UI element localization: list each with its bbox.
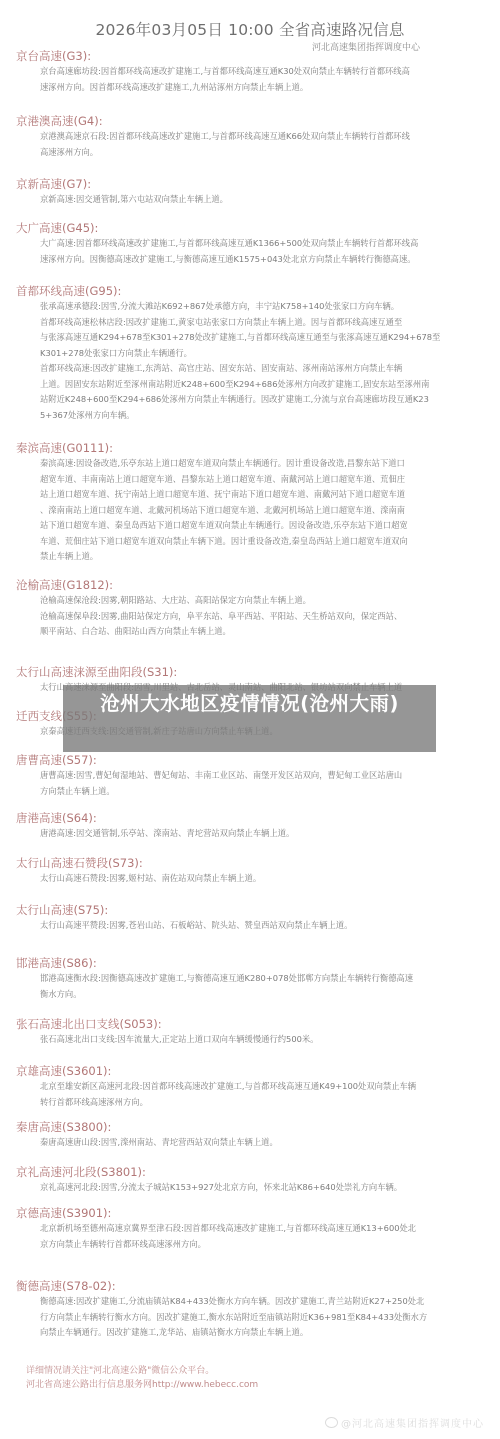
road-section: 秦滨高速(G0111):秦滨高速:因设备改造,乐亭东站上道口超宽车道双向禁止车辆… (16, 440, 496, 565)
footer: 详细情况请关注"河北高速公路"微信公众平台。 河北省高速公路出行信息服务网htt… (26, 1364, 258, 1392)
road-section-body: 京台高速廊坊段:因首都环线高速改扩建施工,与首都环线高速互通K30处双向禁止车辆… (16, 64, 496, 95)
road-status-line: 方向禁止车辆上道。 (40, 784, 496, 800)
road-status-line: 沧榆高速保阜段:因雾,曲阳站保定方向，阜平东站、阜平西站、平阳站、天生桥站双向，… (40, 609, 496, 625)
road-status-line: 张石高速北出口支线:因车流量大,正定站上道口双向车辆缓慢通行约500米。 (40, 1032, 496, 1048)
road-status-line: 京礼高速河北段:因雪,分流太子城站K153+927处北京方向，怀来北站K86+6… (40, 1180, 496, 1196)
road-section: 京雄高速(S3601):北京至雄安新区高速河北段:因首都环线高速改扩建施工,与首… (16, 1063, 496, 1110)
road-status-line: 太行山高速平赞段:因雾,苍岩山站、石板峪站、院头站、赞皇西站双向禁止车辆上道。 (40, 918, 496, 934)
road-section: 京礼高速河北段(S3801):京礼高速河北段:因雪,分流太子城站K153+927… (16, 1164, 496, 1196)
road-section: 京台高速(G3):京台高速廊坊段:因首都环线高速改扩建施工,与首都环线高速互通K… (16, 48, 496, 95)
road-section-title: 京德高速(S3901): (16, 1205, 496, 1221)
road-status-line: 顺平南站、白合站、曲阳站山西方向禁止车辆上道。 (40, 624, 496, 640)
road-section: 唐曹高速(S57):唐曹高速:因雪,曹妃甸湿地站、曹妃甸站、丰南工业区站、南堡开… (16, 752, 496, 799)
road-section-title: 太行山高速石赞段(S73): (16, 855, 496, 871)
road-section-body: 唐港高速:因交通管制,乐亭站、滦南站、青坨营站双向禁止车辆上道。 (16, 826, 496, 842)
traffic-bulletin-page: 2026年03月05日 10:00 全省高速路况信息 河北高速集团指挥调度中心 … (0, 0, 500, 1439)
road-status-line: 沧榆高速保沧段:因雾,朝阳路站、大庄站、高阳站保定方向禁止车辆上道。 (40, 593, 496, 609)
road-status-line: 超宽车道、丰南南站上道口超宽车道、昌黎东站上道口超宽车道、南戴河站上道口超宽车道… (40, 472, 496, 488)
road-status-line: 邯港高速衡水段:因衡德高速改扩建施工,与衡德高速互通K280+078处邯郸方向禁… (40, 971, 496, 987)
weibo-watermark: @河北高速集团指挥调度中心 (325, 1415, 484, 1430)
road-status-line: 首都环线高速松林店段:因改扩建施工,黄家屯站张家口方向禁止车辆上道。因与首都环线… (40, 315, 496, 331)
road-section: 唐港高速(S64):唐港高速:因交通管制,乐亭站、滦南站、青坨营站双向禁止车辆上… (16, 810, 496, 842)
road-status-line: 禁止车辆上道。 (40, 549, 496, 565)
footer-website-link[interactable]: 河北省高速公路出行信息服务网http://www.hebecc.com (26, 1378, 258, 1392)
road-section-body: 秦唐高速唐山段:因雪,滦州南站、青坨营西站双向禁止车辆上道。 (16, 1135, 496, 1151)
road-section: 张石高速北出口支线(S053):张石高速北出口支线:因车流量大,正定站上道口双向… (16, 1016, 496, 1048)
road-section-body: 秦滨高速:因设备改造,乐亭东站上道口超宽车道双向禁止车辆通行。因计重设备改造,昌… (16, 456, 496, 565)
road-status-line: 北京新机场至德州高速京冀界至津石段:因首都环线高速改扩建施工,与首都环线高速互通… (40, 1221, 496, 1237)
road-section: 邯港高速(S86):邯港高速衡水段:因衡德高速改扩建施工,与衡德高速互通K280… (16, 955, 496, 1002)
road-section: 太行山高速石赞段(S73):太行山高速石赞段:因雾,姬村站、南佐站双向禁止车辆上… (16, 855, 496, 887)
road-status-line: 京方向禁止车辆转行首都环线高速涿州方向。 (40, 1237, 496, 1253)
road-section-title: 京礼高速河北段(S3801): (16, 1164, 496, 1180)
road-status-line: 高速涿州方向。 (40, 145, 496, 161)
road-section: 京新高速(G7):京新高速:因交通管制,第六屯站双向禁止车辆上道。 (16, 176, 496, 208)
road-status-line: 北京至雄安新区高速河北段:因首都环线高速改扩建施工,与首都环线高速互通K49+1… (40, 1079, 496, 1095)
bulletin-title: 2026年03月05日 10:00 全省高速路况信息 (0, 18, 500, 40)
road-section: 京港澳高速(G4):京港澳高速京石段:因首都环线高速改扩建施工,与首都环线高速互… (16, 113, 496, 160)
road-section-title: 秦滨高速(G0111): (16, 440, 496, 456)
road-section-body: 京礼高速河北段:因雪,分流太子城站K153+927处北京方向，怀来北站K86+6… (16, 1180, 496, 1196)
road-section-title: 秦唐高速(S3800): (16, 1119, 496, 1135)
road-status-line: 京新高速:因交通管制,第六屯站双向禁止车辆上道。 (40, 192, 496, 208)
watermark-text: @河北高速集团指挥调度中心 (341, 1415, 484, 1430)
road-status-line: 站附近K248+600至K294+686处涿州方向禁止车辆通行。因改扩建施工,分… (40, 392, 496, 408)
road-status-line: 站下道口超宽车道、秦皇岛西站下道口超宽车道双向禁止车辆通行。因设备改造,乐亭东站… (40, 518, 496, 534)
road-section-body: 京新高速:因交通管制,第六屯站双向禁止车辆上道。 (16, 192, 496, 208)
road-status-line: 5+367处涿州方向车辆。 (40, 408, 496, 424)
road-status-line: K301+278处张家口方向禁止车辆通行。 (40, 346, 496, 362)
road-section-title: 邯港高速(S86): (16, 955, 496, 971)
headline-overlay-text: 沧州大水地区疫情情况(沧州大雨) (63, 689, 436, 719)
road-status-line: 唐港高速:因交通管制,乐亭站、滦南站、青坨营站双向禁止车辆上道。 (40, 826, 496, 842)
footer-wechat-note: 详细情况请关注"河北高速公路"微信公众平台。 (26, 1364, 258, 1378)
road-section: 京德高速(S3901):北京新机场至德州高速京冀界至津石段:因首都环线高速改扩建… (16, 1205, 496, 1252)
road-section-title: 太行山高速涞源至曲阳段(S31): (16, 664, 496, 680)
road-section-body: 张石高速北出口支线:因车流量大,正定站上道口双向车辆缓慢通行约500米。 (16, 1032, 496, 1048)
road-status-line: 唐曹高速:因雪,曹妃甸湿地站、曹妃甸站、丰南工业区站、南堡开发区站双向，曹妃甸工… (40, 768, 496, 784)
road-status-line: 上道。因固安东站附近至涿州南站附近K248+600至K294+686处涿州方向改… (40, 377, 496, 393)
road-status-line: 速涿州方向。因衡德高速改扩建施工,与衡德高速互通K1575+043处北京方向禁止… (40, 252, 496, 268)
road-status-line: 张承高速承德段:因雪,分流大滩站K692+867处承德方向，丰宁站K758+14… (40, 299, 496, 315)
road-section: 太行山高速(S75):太行山高速平赞段:因雾,苍岩山站、石板峪站、院头站、赞皇西… (16, 902, 496, 934)
road-section-body: 张承高速承德段:因雪,分流大滩站K692+867处承德方向，丰宁站K758+14… (16, 299, 496, 423)
road-section-title: 京雄高速(S3601): (16, 1063, 496, 1079)
road-section-body: 太行山高速平赞段:因雾,苍岩山站、石板峪站、院头站、赞皇西站双向禁止车辆上道。 (16, 918, 496, 934)
road-section-body: 邯港高速衡水段:因衡德高速改扩建施工,与衡德高速互通K280+078处邯郸方向禁… (16, 971, 496, 1002)
road-section-title: 大广高速(G45): (16, 220, 496, 236)
road-section: 衡德高速(S78-02):衡德高速:因改扩建施工,分流庙镇站K84+433处衡水… (16, 1278, 496, 1341)
road-status-line: 、滦南南站上道口超宽车道、北戴河机场站下道口超宽车道、北戴河机场站上道口超宽车道… (40, 503, 496, 519)
road-section-title: 唐曹高速(S57): (16, 752, 496, 768)
road-section-body: 北京至雄安新区高速河北段:因首都环线高速改扩建施工,与首都环线高速互通K49+1… (16, 1079, 496, 1110)
road-section: 沧榆高速(G1812):沧榆高速保沧段:因雾,朝阳路站、大庄站、高阳站保定方向禁… (16, 577, 496, 640)
road-status-line: 转行首都环线高速涿州方向。 (40, 1095, 496, 1111)
road-section-title: 太行山高速(S75): (16, 902, 496, 918)
road-section-title: 张石高速北出口支线(S053): (16, 1016, 496, 1032)
road-section-body: 衡德高速:因改扩建施工,分流庙镇站K84+433处衡水方向车辆。因改扩建施工,青… (16, 1294, 496, 1341)
road-section-body: 唐曹高速:因雪,曹妃甸湿地站、曹妃甸站、丰南工业区站、南堡开发区站双向，曹妃甸工… (16, 768, 496, 799)
road-status-line: 京台高速廊坊段:因首都环线高速改扩建施工,与首都环线高速互通K30处双向禁止车辆… (40, 64, 496, 80)
road-section-title: 京新高速(G7): (16, 176, 496, 192)
road-section-body: 京港澳高速京石段:因首都环线高速改扩建施工,与首都环线高速互通K66处双向禁止车… (16, 129, 496, 160)
road-section-title: 首都环线高速(G95): (16, 283, 496, 299)
weibo-icon (325, 1417, 338, 1428)
road-status-line: 秦唐高速唐山段:因雪,滦州南站、青坨营西站双向禁止车辆上道。 (40, 1135, 496, 1151)
road-section-title: 衡德高速(S78-02): (16, 1278, 496, 1294)
road-status-line: 太行山高速石赞段:因雾,姬村站、南佐站双向禁止车辆上道。 (40, 871, 496, 887)
road-section-body: 大广高速:因首都环线高速改扩建施工,与首都环线高速互通K1366+500处双向禁… (16, 236, 496, 267)
road-status-line: 行方向禁止车辆转行衡水方向。因改扩建施工,衡水东站附近至庙镇站附近K36+981… (40, 1310, 496, 1326)
road-status-line: 与张涿高速互通K294+678至K301+278处改扩建施工,与首都环线高速互通… (40, 330, 496, 346)
road-section-body: 太行山高速石赞段:因雾,姬村站、南佐站双向禁止车辆上道。 (16, 871, 496, 887)
road-status-line: 首都环线高速:因改扩建施工,东湾站、高官庄站、固安东站、固安南站、涿州南站涿州方… (40, 361, 496, 377)
road-status-line: 向禁止车辆通行。因改扩建施工,龙华站、庙镇站衡水方向禁止车辆上道。 (40, 1325, 496, 1341)
road-status-line: 秦滨高速:因设备改造,乐亭东站上道口超宽车道双向禁止车辆通行。因计重设备改造,昌… (40, 456, 496, 472)
road-section-title: 京台高速(G3): (16, 48, 496, 64)
road-status-line: 车道、荒佃庄站下道口超宽车道双向禁止车辆下道。因计重设备改造,秦皇岛西站上道口超… (40, 534, 496, 550)
road-section-title: 京港澳高速(G4): (16, 113, 496, 129)
road-status-line: 京港澳高速京石段:因首都环线高速改扩建施工,与首都环线高速互通K66处双向禁止车… (40, 129, 496, 145)
road-section: 首都环线高速(G95):张承高速承德段:因雪,分流大滩站K692+867处承德方… (16, 283, 496, 423)
road-section-body: 北京新机场至德州高速京冀界至津石段:因首都环线高速改扩建施工,与首都环线高速互通… (16, 1221, 496, 1252)
road-section: 大广高速(G45):大广高速:因首都环线高速改扩建施工,与首都环线高速互通K13… (16, 220, 496, 267)
road-status-line: 大广高速:因首都环线高速改扩建施工,与首都环线高速互通K1366+500处双向禁… (40, 236, 496, 252)
road-section-title: 沧榆高速(G1812): (16, 577, 496, 593)
road-section-title: 唐港高速(S64): (16, 810, 496, 826)
road-section-body: 沧榆高速保沧段:因雾,朝阳路站、大庄站、高阳站保定方向禁止车辆上道。沧榆高速保阜… (16, 593, 496, 640)
road-status-line: 站上道口超宽车道、抚宁南站上道口超宽车道、抚宁南站下道口超宽车道、南戴河站下道口… (40, 487, 496, 503)
road-status-line: 衡德高速:因改扩建施工,分流庙镇站K84+433处衡水方向车辆。因改扩建施工,青… (40, 1294, 496, 1310)
road-status-line: 速涿州方向。因首都环线高速改扩建施工,九州站涿州方向禁止车辆上道。 (40, 80, 496, 96)
headline-overlay-banner: 沧州大水地区疫情情况(沧州大雨) (63, 685, 436, 752)
road-section: 秦唐高速(S3800):秦唐高速唐山段:因雪,滦州南站、青坨营西站双向禁止车辆上… (16, 1119, 496, 1151)
road-status-line: 衡水方向。 (40, 987, 496, 1003)
